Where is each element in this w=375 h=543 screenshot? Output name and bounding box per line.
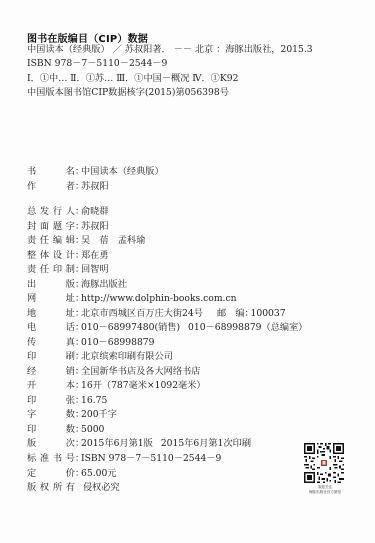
label-fax: 传真 [27, 337, 75, 349]
info-row-phone: 电话：010－68997480(销售)010－68998879（总编室） [27, 322, 307, 334]
info-row-book-name: 书名：中国读本（经典版） [27, 166, 164, 178]
label-printer: 印刷 [27, 351, 75, 363]
label-distributor: 经销 [27, 366, 75, 378]
qr-caption-line2: 海豚出版社官方微信 [302, 490, 348, 495]
value-sheets: 16.75 [81, 395, 107, 407]
value-editors: 吴 蓓 孟科瑜 [81, 235, 145, 247]
info-row-copyright: 版权所有侵权必究 [27, 482, 120, 494]
info-row-published-by: 出版：海豚出版社 [27, 279, 127, 291]
copyright-page: 图书在版编目（CIP）数据 中国读本（经典版） ／ 苏叔阳著． －－ 北京 ：海… [0, 0, 375, 543]
info-row-isbn: 标准书号：ISBN 978－7－5110－2544－9 [27, 453, 221, 465]
label-isbn: 标准书号 [27, 453, 75, 465]
cip-line-classification: Ⅰ．①中… Ⅱ．①苏… Ⅲ．①中国－概况 Ⅳ．①K92 [27, 73, 238, 85]
value-printer: 北京缤索印刷有限公司 [81, 351, 173, 363]
info-row-editors: 责任编辑：吴 蓓 孟科瑜 [27, 235, 145, 247]
value-published-by: 海豚出版社 [81, 279, 127, 291]
value-print-manager: 回智明 [81, 264, 109, 276]
value-edition: 2015年6月第1版 [81, 438, 153, 450]
label-edition: 版次 [27, 438, 75, 450]
value-copyright: 侵权必究 [83, 482, 120, 494]
label-author: 作者 [27, 181, 75, 193]
label-design: 整体设计 [27, 250, 75, 262]
info-row-website: 网址：http://www.dolphin-books.com.cn [27, 293, 237, 305]
value-price: 65.00元 [81, 468, 117, 480]
qr-code-icon[interactable] [304, 443, 344, 483]
label-print-manager: 责任印制 [27, 264, 75, 276]
value-phone-sales: 010－68997480(销售) [81, 322, 180, 334]
info-row-cover-title: 封面题字：苏叔阳 [27, 221, 109, 233]
info-row-print-run: 印数：5000 [27, 424, 104, 436]
label-book-name: 书名 [27, 166, 75, 178]
label-word-count: 字数 [27, 409, 75, 421]
label-address: 地址 [27, 308, 75, 320]
value-phone-editorial: 010－68998879（总编室） [188, 322, 307, 334]
value-printing: 2015年6月第1次印刷 [161, 438, 251, 450]
label-sheets: 印张 [27, 395, 75, 407]
info-row-sheets: 印张：16.75 [27, 395, 107, 407]
info-row-price: 定价：65.00元 [27, 468, 117, 480]
wechat-qr-block: 欢迎关注 海豚出版社官方微信 [302, 443, 348, 495]
cip-line-bibliographic: 中国读本（经典版） ／ 苏叔阳著． －－ 北京 ：海豚出版社，2015.3 [27, 44, 313, 56]
cip-line-isbn: ISBN 978－7－5110－2544－9 [27, 58, 167, 70]
info-row-print-manager: 责任印制：回智明 [27, 264, 109, 276]
value-cover-title: 苏叔阳 [81, 221, 109, 233]
value-fax: 010－68998879 [81, 337, 155, 349]
value-print-run: 5000 [81, 424, 104, 436]
value-isbn: ISBN 978－7－5110－2544－9 [81, 453, 221, 465]
value-format: 16开（787毫米×1092毫米） [81, 380, 206, 392]
info-row-printer: 印刷：北京缤索印刷有限公司 [27, 351, 173, 363]
label-format: 开本 [27, 380, 75, 392]
value-address: 北京市西城区百万庄大街24号 [81, 308, 203, 320]
value-book-name: 中国读本（经典版） [81, 166, 164, 178]
value-publisher-general: 俞晓群 [81, 206, 109, 218]
label-cover-title: 封面题字 [27, 221, 75, 233]
label-copyright: 版权所有 [27, 482, 75, 494]
label-print-run: 印数 [27, 424, 75, 436]
label-price: 定价 [27, 468, 75, 480]
value-website: http://www.dolphin-books.com.cn [81, 293, 237, 305]
info-row-distributor: 经销：全国新华书店及各大网络书店 [27, 366, 200, 378]
label-website: 网址 [27, 293, 75, 305]
value-distributor: 全国新华书店及各大网络书店 [81, 366, 200, 378]
cip-title: 图书在版编目（CIP）数据 [27, 30, 148, 45]
cip-line-record-number: 中国版本图书馆CIP数据核字(2015)第056398号 [27, 87, 229, 99]
info-row-address: 地址：北京市西城区百万庄大街24号邮 编：100037 [27, 308, 286, 320]
value-design: 郑在勇 [81, 250, 109, 262]
info-row-word-count: 字数：200千字 [27, 409, 117, 421]
value-word-count: 200千字 [81, 409, 117, 421]
info-row-edition: 版次：2015年6月第1版2015年6月第1次印刷 [27, 438, 251, 450]
label-publisher-general: 总发行人 [27, 206, 75, 218]
label-editors: 责任编辑 [27, 235, 75, 247]
info-row-fax: 传真：010－68998879 [27, 337, 155, 349]
label-postcode: 邮 编 [217, 308, 245, 320]
info-row-format: 开本：16开（787毫米×1092毫米） [27, 380, 206, 392]
label-published-by: 出版 [27, 279, 75, 291]
info-row-design: 整体设计：郑在勇 [27, 250, 109, 262]
info-row-publisher-general: 总发行人：俞晓群 [27, 206, 109, 218]
info-row-author: 作者：苏叔阳 [27, 181, 109, 193]
label-phone: 电话 [27, 322, 75, 334]
value-postcode: 100037 [251, 308, 286, 320]
value-author: 苏叔阳 [81, 181, 109, 193]
